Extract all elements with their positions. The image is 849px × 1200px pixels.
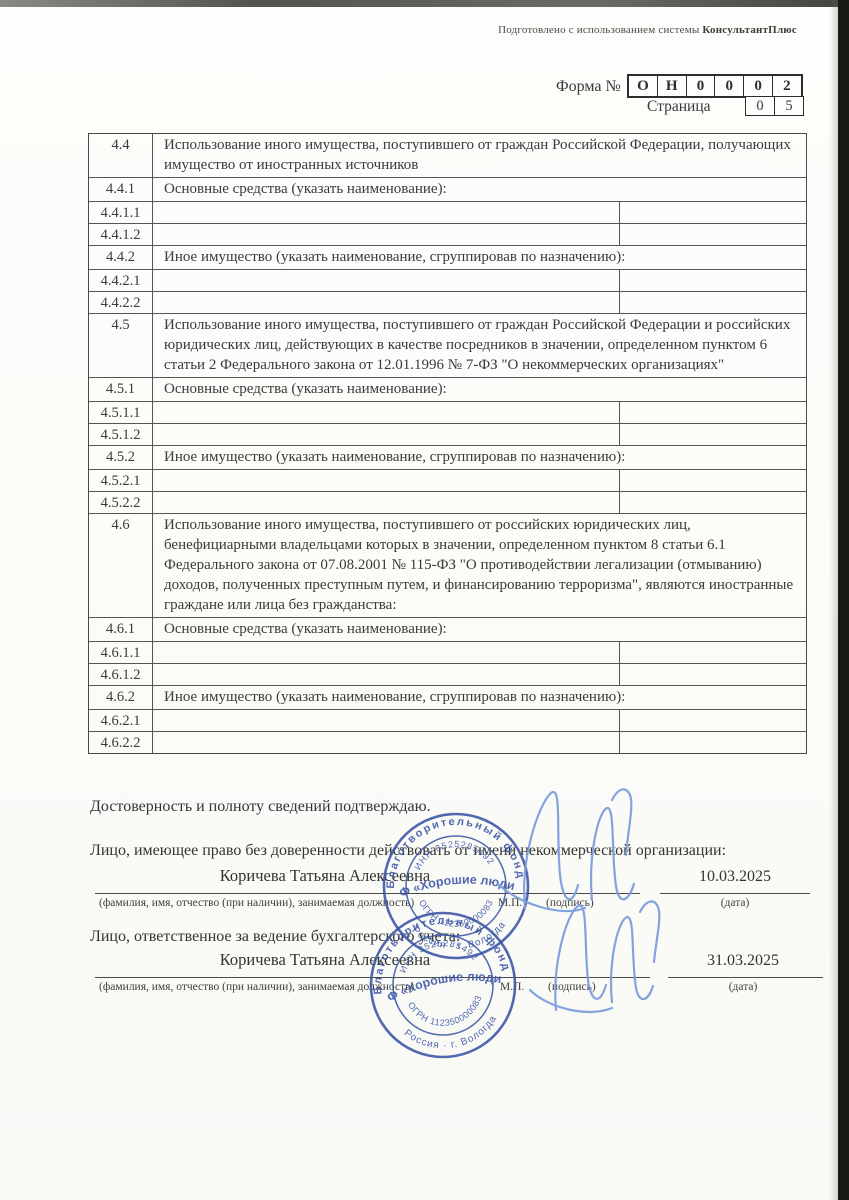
mp-label-1: М.П.: [498, 897, 522, 909]
table-section-text: Использование иного имущества, поступивш…: [153, 313, 806, 377]
page-number-cell: 5: [774, 97, 803, 115]
table-row-number: 4.6.2: [89, 685, 153, 709]
consultant-note-brand: КонсультантПлюс: [702, 24, 797, 36]
authorized-person-label: Лицо, имеющее право без доверенности дей…: [90, 842, 726, 860]
table-row-number: 4.6.1.2: [89, 663, 153, 685]
accountant-person-name: Коричева Татьяна Алексеевна: [95, 950, 555, 970]
date-rule-2: [668, 977, 823, 978]
table-section-text: Основные средства (указать наименование)…: [153, 617, 806, 641]
table-section-text: Использование иного имущества, поступивш…: [153, 513, 806, 617]
table-entry-name-cell: [153, 641, 619, 663]
report-table: 4.4Использование иного имущества, поступ…: [88, 133, 807, 754]
table-row-number: 4.4.2.2: [89, 291, 153, 313]
table-entry-name-cell: [153, 731, 619, 753]
name-hint-1: (фамилия, имя, отчество (при наличии), з…: [99, 897, 414, 909]
table-row-number: 4.6.2.1: [89, 709, 153, 731]
table-row-number: 4.5.1.1: [89, 401, 153, 423]
page-number-cells: 05: [745, 96, 804, 116]
table-entry-name-cell: [153, 491, 619, 513]
signature-rule-2: [95, 977, 650, 978]
form-code-cell: О: [629, 76, 657, 96]
confirmation-statement: Достоверность и полноту сведений подтвер…: [90, 798, 431, 816]
table-entry-name-cell: [153, 469, 619, 491]
form-number-label: Форма №: [556, 78, 621, 96]
signature-rule-1: [95, 893, 640, 894]
table-row-number: 4.6.2.2: [89, 731, 153, 753]
page-number-label: Страница: [647, 98, 711, 116]
page-number-cell: 0: [746, 97, 774, 115]
scanned-page: Подготовлено с использованием системы Ко…: [0, 0, 849, 1200]
form-code-cells: ОН0002: [627, 74, 803, 98]
table-section-text: Иное имущество (указать наименование, сг…: [153, 685, 806, 709]
table-entry-value-cell: [619, 491, 806, 513]
table-row-number: 4.4.2: [89, 245, 153, 269]
table-row-number: 4.4.1.1: [89, 201, 153, 223]
table-row-number: 4.4: [89, 134, 153, 177]
table-entry-name-cell: [153, 423, 619, 445]
table-entry-name-cell: [153, 269, 619, 291]
table-row-number: 4.4.2.1: [89, 269, 153, 291]
form-code-cell: 2: [772, 76, 801, 96]
table-entry-value-cell: [619, 641, 806, 663]
form-code-cell: 0: [714, 76, 743, 96]
table-entry-name-cell: [153, 201, 619, 223]
table-row-number: 4.5.2: [89, 445, 153, 469]
table-entry-value-cell: [619, 731, 806, 753]
table-row-number: 4.6.1.1: [89, 641, 153, 663]
table-section-text: Иное имущество (указать наименование, сг…: [153, 245, 806, 269]
name-hint-2: (фамилия, имя, отчество (при наличии), з…: [99, 981, 414, 993]
date-hint-1: (дата): [660, 897, 810, 909]
sign-hint-2: (подпись): [548, 981, 596, 993]
sign-hint-1: (подпись): [546, 897, 594, 909]
table-entry-value-cell: [619, 663, 806, 685]
table-entry-name-cell: [153, 291, 619, 313]
table-row-number: 4.5.1.2: [89, 423, 153, 445]
mp-label-2: М.П.: [500, 981, 524, 993]
table-row-number: 4.5.1: [89, 377, 153, 401]
table-entry-value-cell: [619, 469, 806, 491]
table-row-number: 4.5.2.2: [89, 491, 153, 513]
accountant-person-date: 31.03.2025: [668, 952, 818, 970]
table-entry-name-cell: [153, 223, 619, 245]
table-section-text: Иное имущество (указать наименование, сг…: [153, 445, 806, 469]
table-row-number: 4.5.2.1: [89, 469, 153, 491]
table-entry-value-cell: [619, 223, 806, 245]
table-entry-value-cell: [619, 291, 806, 313]
table-row-number: 4.6.1: [89, 617, 153, 641]
date-rule-1: [660, 893, 810, 894]
table-section-text: Основные средства (указать наименование)…: [153, 377, 806, 401]
table-row-number: 4.4.1.2: [89, 223, 153, 245]
form-code-cell: Н: [657, 76, 686, 96]
table-entry-name-cell: [153, 401, 619, 423]
form-code-cell: 0: [743, 76, 772, 96]
consultant-note-text: Подготовлено с использованием системы: [498, 24, 702, 36]
scan-artifact-top-edge: [0, 0, 849, 7]
table-row-number: 4.5: [89, 313, 153, 377]
date-hint-2: (дата): [668, 981, 818, 993]
table-entry-value-cell: [619, 709, 806, 731]
table-row-number: 4.4.1: [89, 177, 153, 201]
authorized-person-date: 10.03.2025: [660, 868, 810, 886]
scan-artifact-right-edge: [838, 0, 849, 1200]
authorized-person-name: Коричева Татьяна Алексеевна: [95, 866, 555, 886]
scan-artifact-right-shadow: [829, 0, 838, 1200]
table-section-text: Основные средства (указать наименование)…: [153, 177, 806, 201]
table-entry-value-cell: [619, 423, 806, 445]
accountant-person-label: Лицо, ответственное за ведение бухгалтер…: [90, 928, 460, 946]
table-row-number: 4.6: [89, 513, 153, 617]
consultant-plus-note: Подготовлено с использованием системы Ко…: [498, 24, 797, 36]
form-code-cell: 0: [686, 76, 715, 96]
table-entry-value-cell: [619, 269, 806, 291]
table-entry-name-cell: [153, 663, 619, 685]
table-section-text: Использование иного имущества, поступивш…: [153, 134, 806, 177]
table-entry-value-cell: [619, 401, 806, 423]
table-entry-value-cell: [619, 201, 806, 223]
table-entry-name-cell: [153, 709, 619, 731]
